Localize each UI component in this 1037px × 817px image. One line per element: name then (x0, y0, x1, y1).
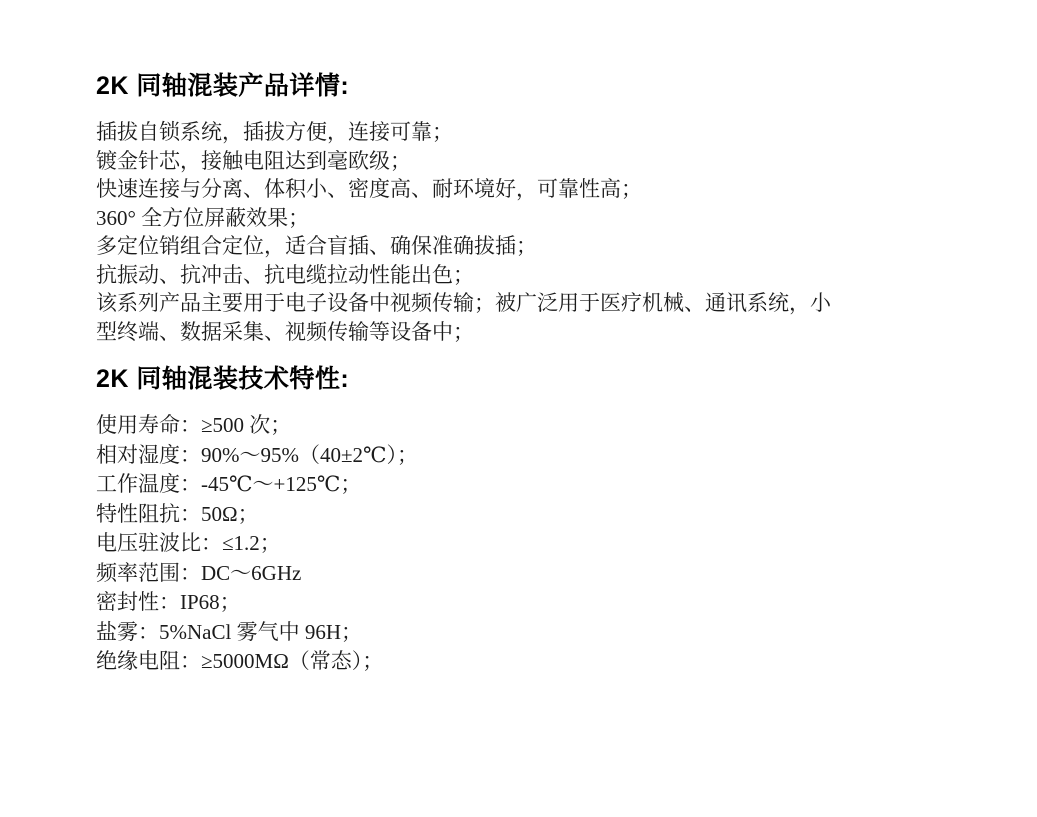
spec-line-service-life: 使用寿命：≥500 次； (96, 411, 997, 441)
technical-specs-list: 使用寿命：≥500 次； 相对湿度：90%～95%（40±2℃）； 工作温度：-… (96, 411, 997, 677)
product-details-paragraph: 插拔自锁系统，插拔方便，连接可靠； 镀金针芯，接触电阻达到毫欧级； 快速连接与分… (96, 118, 997, 346)
spec-line-vswr: 电压驻波比：≤1.2； (96, 529, 997, 559)
text-line: 镀金针芯，接触电阻达到毫欧级； (96, 147, 997, 176)
spec-line-frequency-range: 频率范围：DC～6GHz (96, 559, 997, 589)
spec-line-insulation-resistance: 绝缘电阻：≥5000MΩ（常态）； (96, 647, 997, 677)
spec-line-characteristic-impedance: 特性阻抗：50Ω； (96, 500, 997, 530)
text-line: 多定位销组合定位，适合盲插、确保准确拔插； (96, 232, 997, 261)
technical-specs-heading: 2K 同轴混装技术特性: (96, 364, 997, 394)
text-line: 该系列产品主要用于电子设备中视频传输；被广泛用于医疗机械、通讯系统，小 (96, 289, 997, 318)
text-line: 360° 全方位屏蔽效果； (96, 204, 997, 233)
document-page: 2K 同轴混装产品详情: 插拔自锁系统，插拔方便，连接可靠； 镀金针芯，接触电阻… (0, 0, 1037, 677)
text-line: 快速连接与分离、体积小、密度高、耐环境好，可靠性高； (96, 175, 997, 204)
spec-line-operating-temperature: 工作温度：-45℃～+125℃； (96, 470, 997, 500)
text-line: 抗振动、抗冲击、抗电缆拉动性能出色； (96, 261, 997, 290)
spec-line-salt-spray: 盐雾：5%NaCl 雾气中 96H； (96, 618, 997, 648)
text-line: 型终端、数据采集、视频传输等设备中； (96, 318, 997, 347)
section-technical-specs: 2K 同轴混装技术特性: 使用寿命：≥500 次； 相对湿度：90%～95%（4… (96, 364, 997, 677)
text-line: 插拔自锁系统，插拔方便，连接可靠； (96, 118, 997, 147)
product-details-heading: 2K 同轴混装产品详情: (96, 71, 997, 101)
spec-line-sealing: 密封性：IP68； (96, 588, 997, 618)
spec-line-relative-humidity: 相对湿度：90%～95%（40±2℃）； (96, 441, 997, 471)
section-product-details: 2K 同轴混装产品详情: 插拔自锁系统，插拔方便，连接可靠； 镀金针芯，接触电阻… (96, 71, 997, 346)
